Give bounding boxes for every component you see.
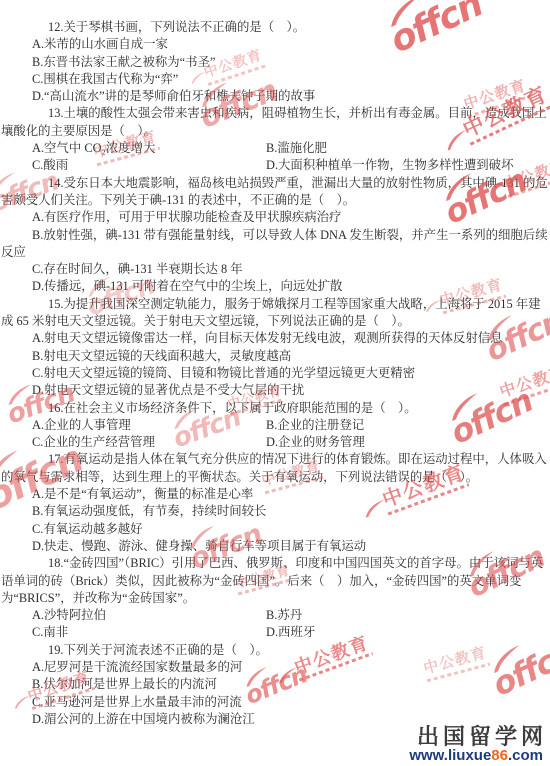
option: A.空气中 CO₂浓度增大 bbox=[32, 141, 155, 155]
option-row: A.沙特阿拉伯B.苏丹 bbox=[1, 607, 549, 624]
question-stem: 18.“金砖四国”（BRIC）引用了巴西、俄罗斯、印度和中国四国英文的首字母。由… bbox=[1, 555, 549, 607]
option: A.沙特阿拉伯 bbox=[32, 608, 106, 622]
option: C.企业的生产经营管理 bbox=[32, 435, 155, 449]
site-url: www.liuxue86.com bbox=[409, 748, 543, 763]
option: D.企业的财务管理 bbox=[266, 434, 365, 451]
site-url-suffix: .com bbox=[508, 747, 543, 764]
question-stem: 15.为提升我国深空测定轨能力，服务于嫦娥探月工程等国家重大战略，上海将于 20… bbox=[1, 296, 549, 331]
option-row: A.企业的人事管理B.企业的注册登记 bbox=[1, 417, 549, 434]
option: B.射电天文望远镜的天线面积越大，灵敏度越高 bbox=[1, 348, 549, 365]
question-stem: 12.关于琴棋书画，下列说法不正确的是（ ）。 bbox=[1, 19, 549, 36]
option: D.大面积种植单一作物，生物多样性遭到破坏 bbox=[266, 157, 513, 174]
site-url-number: 86 bbox=[491, 747, 508, 764]
option: A.是不是“有氧运动”，衡量的标准是心率 bbox=[1, 486, 549, 503]
option: B.企业的注册登记 bbox=[266, 417, 364, 434]
option: D.射电天文望远镜的显著优点是不受大气层的干扰 bbox=[1, 382, 549, 399]
option-row: C.企业的生产经营管理D.企业的财务管理 bbox=[1, 434, 549, 451]
option: B.伏尔加河是世界上最长的内流河 bbox=[1, 676, 549, 693]
option: A.射电天文望远镜像雷达一样，向目标天体发射无线电波，观测所获得的天体反射信息 bbox=[1, 330, 549, 347]
option: D.传播远，碘-131 可附着在空气中的尘埃上，向远处扩散 bbox=[1, 278, 549, 295]
option: D.西班牙 bbox=[266, 624, 315, 641]
option: D.快走、慢跑、游泳、健身操、骑自行车等项目属于有氧运动 bbox=[1, 538, 549, 555]
exam-page: 12.关于琴棋书画，下列说法不正确的是（ ）。A.米芾的山水画自成一家B.东晋书… bbox=[0, 0, 550, 766]
option: B.东晋书法家王献之被称为“书圣” bbox=[1, 54, 549, 71]
question-stem: 17.有氧运动是指人体在氧气充分供应的情况下进行的体育锻炼。即在运动过程中，人体… bbox=[1, 451, 549, 486]
site-url-prefix: www.liuxue bbox=[409, 747, 491, 764]
question-stem: 14.受东日本大地震影响，福岛核电站损毁严重，泄漏出大量的放射性物质，其中碘-1… bbox=[1, 175, 549, 210]
option: A.米芾的山水画自成一家 bbox=[1, 36, 549, 53]
option: B.有氧运动强度低，有节奏，持续时间较长 bbox=[1, 503, 549, 520]
question-stem: 13.土壤的酸性太强会带来害虫和疾病，阻碍植物生长，并析出有毒金属。目前，造成我… bbox=[1, 105, 549, 140]
option: C.亚马逊河是世界上水量最丰沛的河流 bbox=[1, 694, 549, 711]
option: A.尼罗河是干流流经国家数量最多的河 bbox=[1, 659, 549, 676]
option: B.苏丹 bbox=[266, 607, 302, 624]
option-row: A.空气中 CO₂浓度增大B.滥施化肥 bbox=[1, 140, 549, 157]
option: C.酸雨 bbox=[32, 158, 68, 172]
option: A.企业的人事管理 bbox=[32, 418, 131, 432]
option: C.存在时间久，碘-131 半衰期长达 8 年 bbox=[1, 261, 549, 278]
option: C.围棋在我国古代称为“弈” bbox=[1, 71, 549, 88]
liuxue86-logo: 出国留学网 www.liuxue86.com bbox=[409, 726, 543, 763]
question-stem: 16.在社会主义市场经济条件下，以下属于政府职能范围的是（ ）。 bbox=[1, 400, 549, 417]
site-name: 出国留学网 bbox=[409, 726, 547, 748]
option: B.放射性强，碘-131 带有强能量射线，可以导致人体 DNA 发生断裂，并产生… bbox=[1, 227, 549, 262]
option: D.“高山流水”讲的是琴师俞伯牙和樵夫钟子期的故事 bbox=[1, 88, 549, 105]
option: C.射电天文望远镜的镜筒、目镜和物镜比普通的光学望远镜更大更精密 bbox=[1, 365, 549, 382]
question-list: 12.关于琴棋书画，下列说法不正确的是（ ）。A.米芾的山水画自成一家B.东晋书… bbox=[0, 0, 550, 728]
option: B.滥施化肥 bbox=[266, 140, 327, 157]
option-row: C.南非D.西班牙 bbox=[1, 624, 549, 641]
option: C.南非 bbox=[32, 625, 68, 639]
option-row: C.酸雨D.大面积种植单一作物，生物多样性遭到破坏 bbox=[1, 157, 549, 174]
option: C.有氧运动越多越好 bbox=[1, 521, 549, 538]
question-stem: 19.下列关于河流表述不正确的是（ ）。 bbox=[1, 642, 549, 659]
option: A.有医疗作用，可用于甲状腺功能检查及甲状腺疾病治疗 bbox=[1, 209, 549, 226]
